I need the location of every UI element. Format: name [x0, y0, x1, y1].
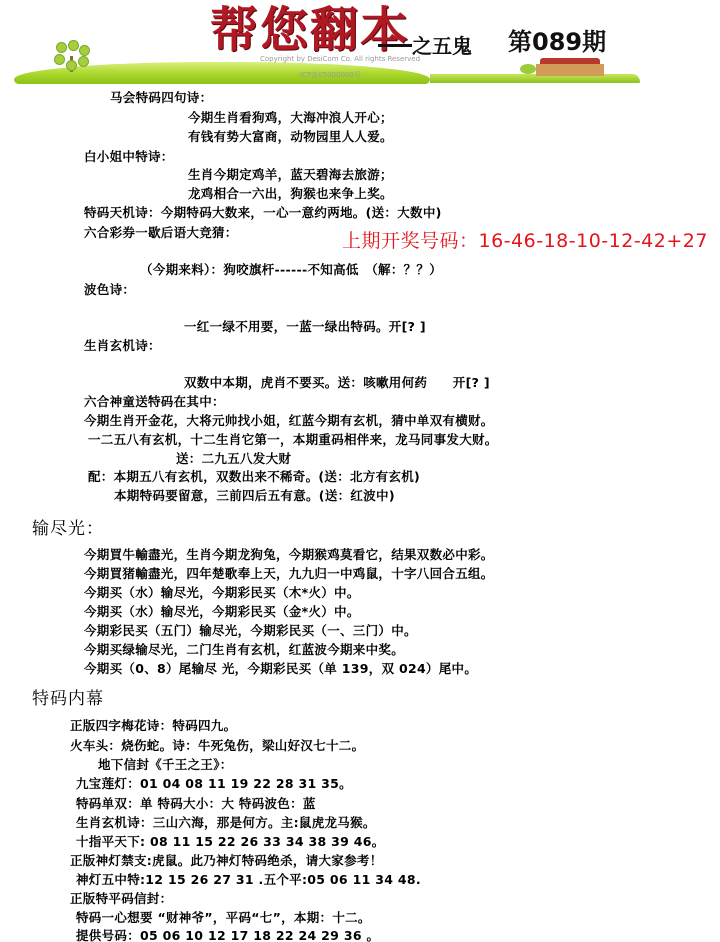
- neimu-line-1: 正版四字梅花诗：特码四九。: [70, 716, 236, 734]
- shujinguang-line-7: 今期买（0、8）尾输尽 光，今期彩民买（单 139，双 024）尾中。: [84, 659, 477, 677]
- shujinguang-line-2: 今期買猪輸盡光，四年楚歌奉上天，九九归一中鸡鼠，十字八回合五组。: [84, 564, 494, 582]
- header-banner: 帮您翻本 之五鬼 Copyright by DesiCom Co. All ri…: [0, 0, 720, 84]
- shentong-line-3: 送：二九五八发大财: [176, 449, 291, 467]
- tianji-line: 特码天机诗：今期特码大数来，一心一意约两地。(送：大数中): [84, 203, 442, 221]
- neimu-line-3: 地下信封《千王之王》：: [98, 755, 233, 773]
- neimu-line-8: 正版神灯禁支:虎鼠。此乃神灯特码绝杀，请大家参考！: [70, 851, 383, 869]
- bose-title: 波色诗：: [84, 280, 135, 298]
- site-title: 帮您翻本: [210, 0, 410, 60]
- baixiaojie-line-2: 龙鸡相合一六出，狗猴也来争上奖。: [188, 184, 393, 202]
- shujinguang-line-5: 今期彩民买（五门）输尽光，今期彩民买（一、三门）中。: [84, 621, 417, 639]
- copyright-text: Copyright by DesiCom Co. All rights Rese…: [260, 55, 420, 63]
- last-draw-label: 上期开奖号码：: [342, 230, 479, 252]
- title-dash: [378, 44, 412, 47]
- shujinguang-line-3: 今期买（水）输尽光，今期彩民买（木*火）中。: [84, 583, 360, 601]
- xiehouyu-line: （今期来料）：狗咬旗杆------不知高低 （解：？？）: [140, 260, 442, 278]
- last-draw-numbers: 16-46-18-10-12-42+27: [479, 230, 708, 252]
- mahui-title: 马会特码四句诗：: [110, 88, 212, 106]
- neimu-line-12: 提供号码：05 06 10 12 17 18 22 24 29 36 。: [76, 926, 379, 942]
- neimu-line-9: 神灯五中特:12 15 26 27 31 .五个平:05 06 11 34 48…: [76, 870, 421, 888]
- building-icon: [520, 58, 610, 80]
- issue-number: 第089期: [508, 22, 606, 57]
- shengxiao-title: 生肖玄机诗：: [84, 336, 161, 354]
- mahui-line-2: 有钱有势大富商，动物园里人人爱。: [188, 127, 393, 145]
- shujinguang-line-6: 今期买绿输尽光，二门生肖有玄机，红蓝波今期来中奖。: [84, 640, 404, 658]
- neimu-line-7: 十指平天下: 08 11 15 22 26 33 34 38 39 46。: [76, 832, 385, 850]
- site-subtitle: 之五鬼: [412, 30, 472, 59]
- baixiaojie-title: 白小姐中特诗：: [84, 147, 174, 165]
- shentong-line-4: 配：本期五八有玄机，双数出来不稀奇。(送：北方有玄机): [88, 467, 420, 485]
- neimu-line-5: 特码单双：单 特码大小：大 特码波色：蓝: [76, 794, 316, 812]
- mahui-line-1: 今期生肖看狗鸡，大海冲浪人开心；: [188, 108, 393, 126]
- neimu-line-11: 特码一心想要 “财神爷”，平码“七”，本期：十二。: [76, 908, 371, 926]
- neimu-line-2: 火车头：烧伤蛇。诗：牛死兔伤，梁山好汉七十二。: [70, 736, 364, 754]
- neimu-line-6: 生肖玄机诗：三山六海，那是何方。主:鼠虎龙马猴。: [76, 813, 376, 831]
- shengxiao-line: 双数中本期，虎肖不要买。送：咳嗽用何药 开[? ]: [184, 373, 490, 391]
- shujinguang-line-1: 今期買牛輸盡光，生肖今期龙狗兔，今期猴鸡莫看它，结果双数必中彩。: [84, 545, 494, 563]
- icp-text: ICP备05000000号: [300, 70, 361, 80]
- shentong-line-1: 今期生肖开金花，大将元帅找小姐，红蓝今期有玄机，猜中单双有横财。: [84, 411, 494, 429]
- tree-icon: [52, 42, 92, 76]
- neimu-line-10: 正版特平码信封：: [70, 889, 172, 907]
- shujinguang-heading: 输尽光：: [32, 514, 104, 539]
- neimu-heading: 特码内幕: [32, 684, 104, 709]
- shentong-title: 六合神童送特码在其中：: [84, 392, 225, 410]
- neimu-line-4: 九宝莲灯：01 04 08 11 19 22 28 31 35。: [76, 774, 352, 792]
- xiehouyu-title: 六合彩券一歇后语大竞猜：: [84, 223, 238, 241]
- shentong-line-5: 本期特码要留意，三前四后五有意。(送：红波中): [114, 486, 395, 504]
- bose-line: 一红一绿不用要，一蓝一绿出特码。开[? ]: [184, 317, 426, 335]
- baixiaojie-line-1: 生肖今期定鸡羊，蓝天碧海去旅游；: [188, 165, 393, 183]
- shujinguang-line-4: 今期买（水）输尽光，今期彩民买（金*火）中。: [84, 602, 360, 620]
- last-draw: 上期开奖号码：16-46-18-10-12-42+27: [342, 226, 708, 253]
- shentong-line-2: 一二五八有玄机，十二生肖它第一，本期重码相伴来，龙马同事发大财。: [88, 430, 498, 448]
